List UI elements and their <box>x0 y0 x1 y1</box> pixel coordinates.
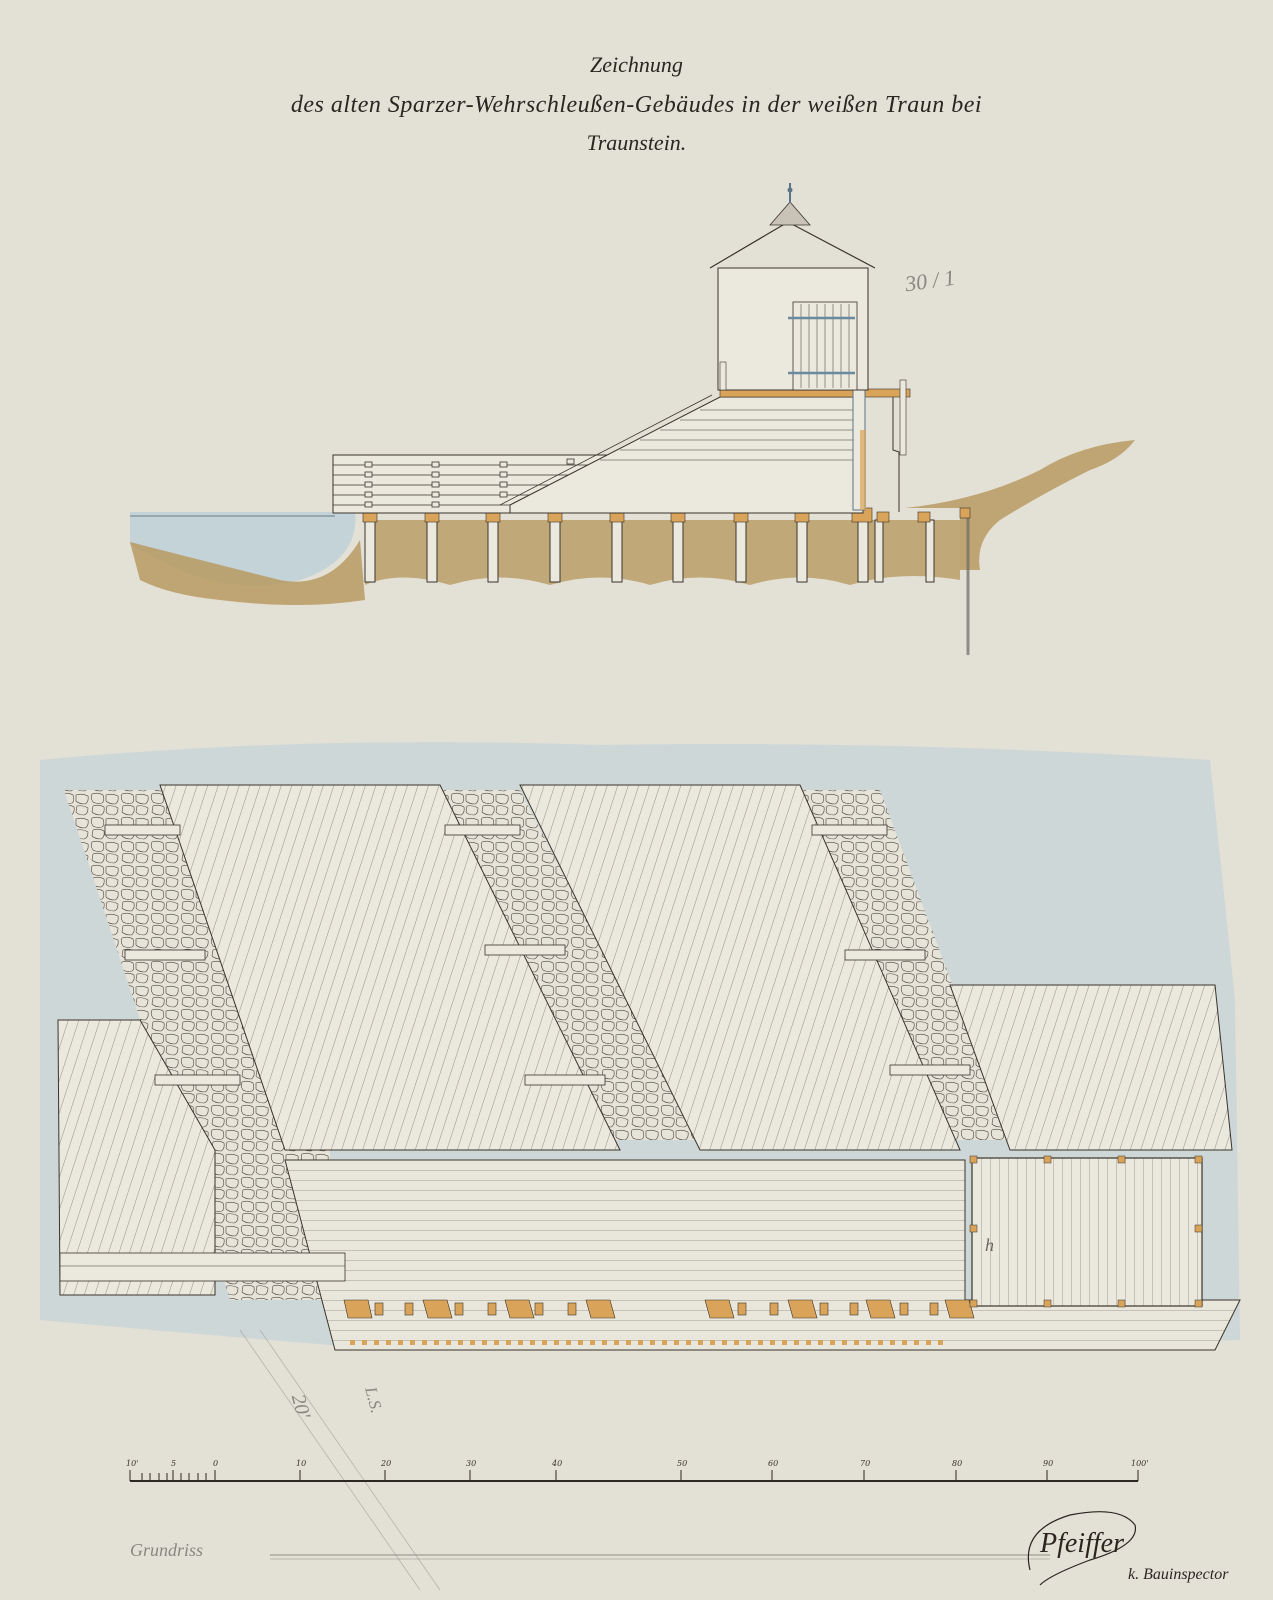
drawing-sheet: Zeichnung des alten Sparzer-Wehrschleuße… <box>0 0 1273 1600</box>
svg-text:0: 0 <box>213 1459 218 1468</box>
svg-text:80: 80 <box>952 1459 962 1468</box>
svg-text:10: 10 <box>296 1459 306 1468</box>
svg-text:50: 50 <box>677 1459 687 1468</box>
scale-bar <box>130 1470 1138 1481</box>
svg-text:90: 90 <box>1043 1459 1053 1468</box>
svg-text:60: 60 <box>768 1459 778 1468</box>
pencil-note-bottom-left: Grundriss <box>130 1540 203 1561</box>
svg-text:20: 20 <box>380 1459 391 1468</box>
svg-text:10': 10' <box>126 1459 138 1468</box>
plan-mark: h <box>985 1235 994 1256</box>
svg-text:100': 100' <box>1131 1459 1148 1468</box>
svg-text:5: 5 <box>171 1459 176 1468</box>
svg-text:40: 40 <box>551 1459 562 1468</box>
plan-view: 10' 5 0 10 20 30 40 50 60 70 80 90 100' <box>0 0 1273 1600</box>
svg-text:70: 70 <box>860 1459 870 1468</box>
signature-name: Pfeiffer <box>1040 1528 1124 1560</box>
svg-text:30: 30 <box>466 1459 476 1468</box>
signature-title: k. Bauinspector <box>1128 1566 1228 1584</box>
